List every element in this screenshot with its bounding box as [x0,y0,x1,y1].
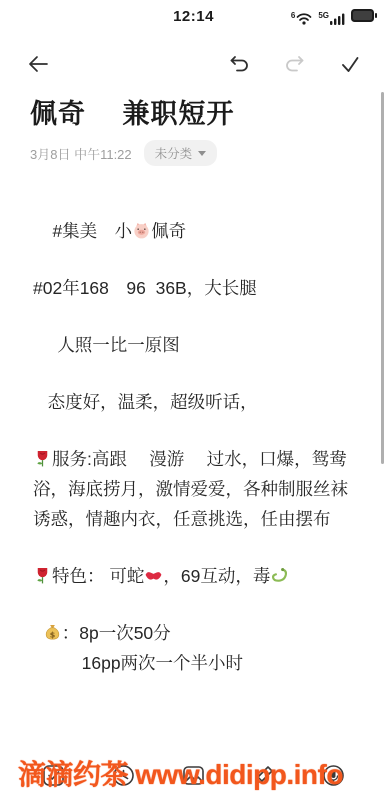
pig-face-emoji [132,221,151,240]
note-body-editor[interactable]: #集美 小佩奇 #02年168 96 36B，大长腿 人照一比一原图 态度好，温… [0,166,387,678]
paragraph-stats: #02年168 96 36B，大长腿 [33,273,361,303]
battery-icon [351,9,377,27]
notes-app-screen: 12:14 6 5G [0,0,387,800]
features-text-pre: 特色： 可蛇 [52,566,144,586]
network-type-label: 5G [318,12,329,20]
chevron-down-icon [198,151,206,156]
features-text-mid: ，69互动，毒 [163,566,270,586]
wifi-gen-label: 6 [291,12,295,20]
rose-emoji [33,566,52,585]
watermark-text: 滴滴约茶 www.didipp.info [18,753,343,793]
kiss-lips-emoji [144,566,163,585]
back-button[interactable] [26,53,50,78]
svg-text:$: $ [49,631,55,640]
note-title[interactable]: 佩奇 兼职短开 [0,98,387,130]
paragraph-price: $：8p一次50分 16pp两次一个半小时 [33,618,361,678]
status-bar: 12:14 6 5G [0,0,387,34]
rose-emoji [33,449,52,468]
redo-icon [283,54,307,77]
category-selector[interactable]: 未分类 [144,140,218,166]
price-indent [33,623,43,643]
editor-toolbar [0,40,387,90]
price-text: ：8p一次50分 16pp两次一个半小时 [33,623,243,673]
save-confirm-button[interactable] [339,54,361,77]
paragraph-services: 服务:高跟 漫游 过水，口爆，鸳鸯浴，海底捞月，激情爱爱，各种制服丝袜诱惑，情趣… [33,444,361,534]
money-bag-emoji: $ [43,623,62,642]
back-arrow-icon [26,53,50,78]
dragon-emoji [270,566,289,585]
check-icon [339,54,361,77]
intro-text-pre: #集美 小 [33,221,132,241]
undo-button[interactable] [227,54,251,77]
intro-text-post: 佩奇 [151,221,186,241]
paragraph-intro: #集美 小佩奇 [33,216,361,246]
paragraph-photo: 人照一比一原图 [33,330,361,360]
category-label: 未分类 [155,144,193,162]
paragraph-features: 特色： 可蛇，69互动，毒 [33,561,361,591]
services-text: 服务:高跟 漫游 过水，口爆，鸳鸯浴，海底捞月，激情爱爱，各种制服丝袜诱惑，情趣… [33,449,348,529]
paragraph-attitude: 态度好，温柔，超级听话， [33,387,361,417]
redo-button[interactable] [283,54,307,77]
signal-icon: 5G [318,12,345,25]
undo-icon [227,54,251,77]
note-timestamp: 3月8日 中午11:22 [30,144,132,163]
status-icons: 6 5G [291,9,377,27]
scrollbar-thumb[interactable] [381,92,384,464]
wifi-icon: 6 [291,12,312,25]
note-meta: 3月8日 中午11:22 未分类 [0,140,387,166]
